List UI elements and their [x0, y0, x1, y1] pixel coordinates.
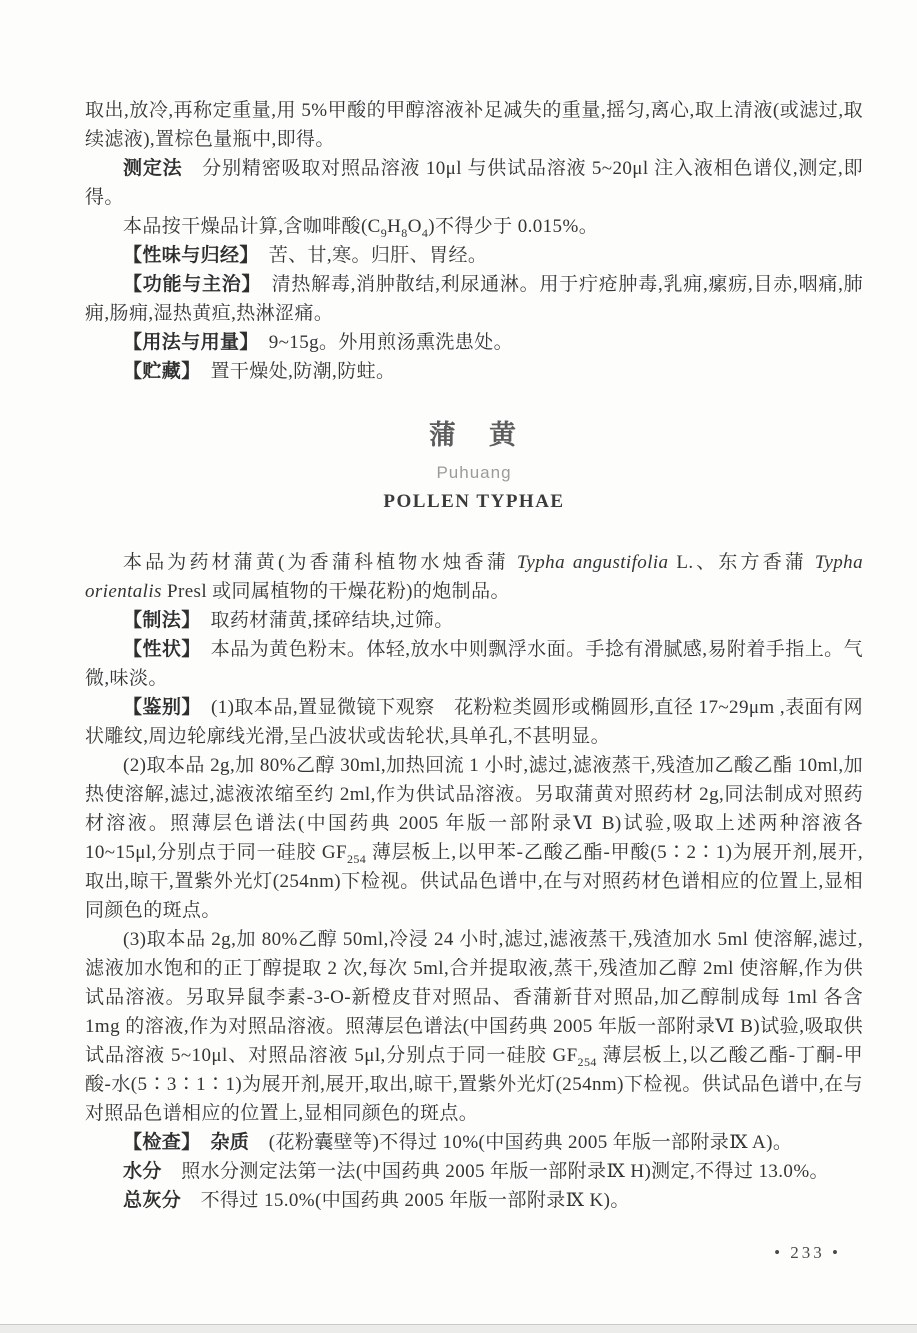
- scanned-book-page: 取出,放冷,再称定重量,用 5%甲酸的甲醇溶液补足减失的重量,摇匀,离心,取上清…: [0, 0, 917, 1333]
- check-impurity-paragraph: 【检查】 杂质 (花粉囊壁等)不得过 10%(中国药典 2005 年版一部附录Ⅸ…: [85, 1128, 863, 1157]
- text-run: 本品按干燥品计算,含咖啡酸(C: [123, 216, 381, 237]
- page-number: • 233 •: [774, 1243, 841, 1263]
- assay-method-paragraph: 测定法 分别精密吸取对照品溶液 10μl 与供试品溶液 5~20μl 注入液相色…: [85, 154, 863, 212]
- description-paragraph: 【性状】 本品为黄色粉末。体轻,放水中则飘浮水面。手捻有滑腻感,易附着手指上。气…: [85, 635, 863, 693]
- property-meridian-paragraph: 【性味与归经】 苦、甘,寒。归肝、胃经。: [85, 241, 863, 270]
- text-run: (花粉囊壁等)不得过 10%(中国药典 2005 年版一部附录Ⅸ A)。: [249, 1132, 792, 1153]
- preparation-paragraph: 【制法】 取药材蒲黄,揉碎结块,过筛。: [85, 606, 863, 635]
- bold-label: 【用法与用量】: [123, 332, 249, 353]
- bold-label: 【制法】: [123, 610, 191, 631]
- bold-label: 杂质: [211, 1132, 250, 1153]
- monograph-title-latin: POLLEN TYPHAE: [85, 490, 863, 514]
- check-ash-paragraph: 总灰分 不得过 15.0%(中国药典 2005 年版一部附录Ⅸ K)。: [85, 1186, 863, 1215]
- text-run: (1)取本品,置显微镜下观察 花粉粒类圆形或椭圆形,直径 17~29μm ,表面…: [85, 697, 863, 747]
- source-paragraph: 本品为药材蒲黄(为香蒲科植物水烛香蒲 Typha angustifolia L.…: [85, 548, 863, 606]
- text-run: 本品为黄色粉末。体轻,放水中则飘浮水面。手捻有滑腻感,易附着手指上。气微,味淡。: [85, 639, 863, 689]
- check-water-paragraph: 水分 照水分测定法第一法(中国药典 2005 年版一部附录Ⅸ H)测定,不得过 …: [85, 1157, 863, 1186]
- text-run: 本品为药材蒲黄(为香蒲科植物水烛香蒲: [123, 552, 517, 573]
- text-run: )不得少于 0.015%。: [428, 216, 598, 237]
- monograph-title-chinese: 蒲 黄: [85, 419, 863, 451]
- identification-3-paragraph: (3)取本品 2g,加 80%乙醇 50ml,冷浸 24 小时,滤过,滤液蒸干,…: [85, 925, 863, 1128]
- text-run: 不得过 15.0%(中国药典 2005 年版一部附录Ⅸ K)。: [181, 1190, 630, 1211]
- text-run: 取药材蒲黄,揉碎结块,过筛。: [191, 610, 454, 631]
- text-run: 苦、甘,寒。归肝、胃经。: [249, 245, 487, 266]
- bold-label: 水分: [123, 1161, 162, 1182]
- text-run: 分别精密吸取对照品溶液 10μl 与供试品溶液 5~20μl 注入液相色谱仪,测…: [85, 158, 863, 208]
- bold-label: 【鉴别】: [123, 697, 191, 718]
- bold-label: 【性状】: [123, 639, 191, 660]
- assay-limit-paragraph: 本品按干燥品计算,含咖啡酸(C9H8O4)不得少于 0.015%。: [85, 212, 863, 241]
- bold-label: 【贮藏】: [123, 361, 191, 382]
- subscript: 254: [347, 852, 366, 866]
- monograph-body: 本品为药材蒲黄(为香蒲科植物水烛香蒲 Typha angustifolia L.…: [85, 548, 863, 1215]
- storage-paragraph: 【贮藏】 置干燥处,防潮,防蛀。: [85, 357, 863, 386]
- subscript: 254: [578, 1055, 597, 1069]
- previous-monograph-continuation: 取出,放冷,再称定重量,用 5%甲酸的甲醇溶液补足减失的重量,摇匀,离心,取上清…: [85, 96, 863, 386]
- bold-label: 【性味与归经】: [123, 245, 249, 266]
- bold-label: 【功能与主治】: [123, 274, 252, 295]
- text-run: [191, 1132, 210, 1153]
- identification-2-paragraph: (2)取本品 2g,加 80%乙醇 30ml,加热回流 1 小时,滤过,滤液蒸干…: [85, 751, 863, 925]
- bold-label: 【检查】: [123, 1132, 191, 1153]
- text-run: H: [387, 216, 401, 237]
- identification-1-paragraph: 【鉴别】 (1)取本品,置显微镜下观察 花粉粒类圆形或椭圆形,直径 17~29μ…: [85, 693, 863, 751]
- text-run: 9~15g。外用煎汤熏洗患处。: [249, 332, 513, 353]
- dosage-paragraph: 【用法与用量】 9~15g。外用煎汤熏洗患处。: [85, 328, 863, 357]
- bold-label: 总灰分: [123, 1190, 181, 1211]
- text-run: 取出,放冷,再称定重量,用 5%甲酸的甲醇溶液补足减失的重量,摇匀,离心,取上清…: [85, 100, 863, 150]
- text-run: L.、东方香蒲: [668, 552, 814, 573]
- bold-label: 测定法: [123, 158, 182, 179]
- text-run: O: [408, 216, 422, 237]
- monograph-title-block: 蒲 黄 Puhuang POLLEN TYPHAE: [85, 419, 863, 514]
- text-run: Presl 或同属植物的干燥花粉)的炮制品。: [162, 581, 510, 602]
- scan-edge: [0, 1324, 917, 1333]
- text-run: 照水分测定法第一法(中国药典 2005 年版一部附录Ⅸ H)测定,不得过 13.…: [162, 1161, 829, 1182]
- text-column: 取出,放冷,再称定重量,用 5%甲酸的甲醇溶液补足减失的重量,摇匀,离心,取上清…: [85, 96, 863, 1215]
- text-run: 置干燥处,防潮,防蛀。: [191, 361, 395, 382]
- function-indication-paragraph: 【功能与主治】 清热解毒,消肿散结,利尿通淋。用于疔疮肿毒,乳痈,瘰疬,目赤,咽…: [85, 270, 863, 328]
- assay-continuation-paragraph: 取出,放冷,再称定重量,用 5%甲酸的甲醇溶液补足减失的重量,摇匀,离心,取上清…: [85, 96, 863, 154]
- monograph-title-pinyin: Puhuang: [85, 462, 863, 484]
- latin-botanical-name: Typha angustifolia: [517, 552, 669, 573]
